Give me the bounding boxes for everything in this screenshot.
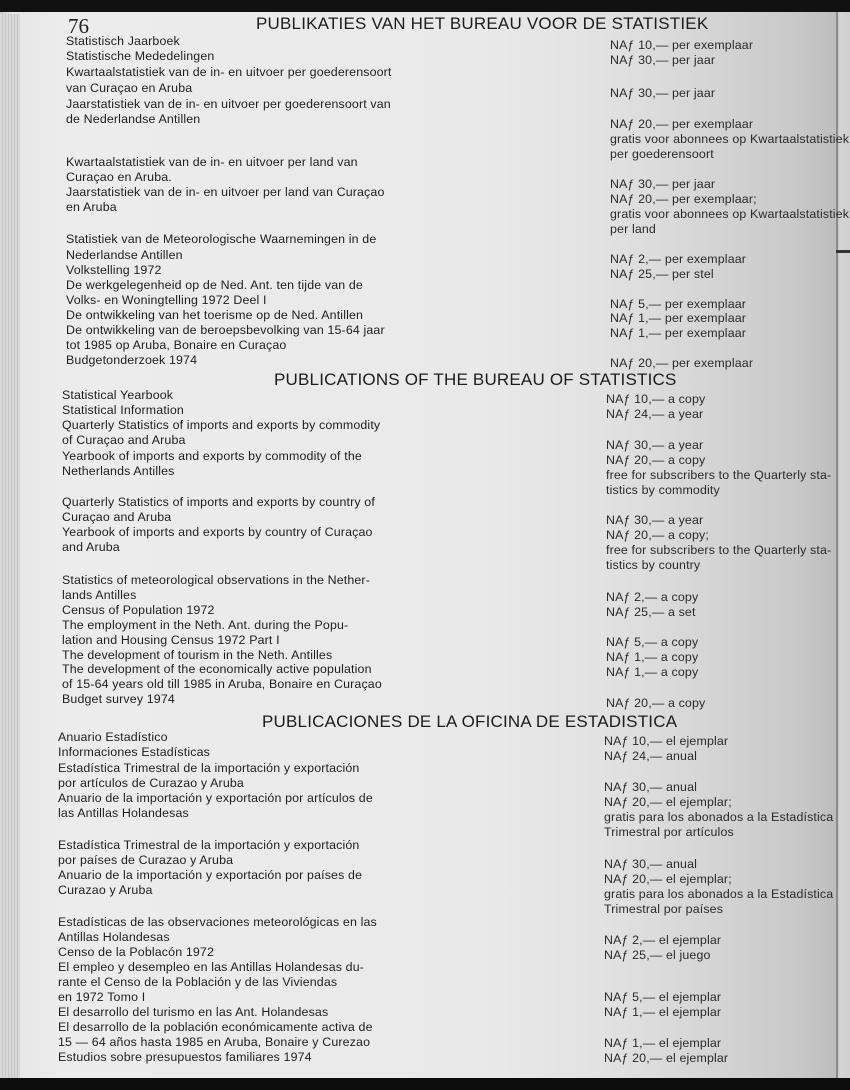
price-line: per land xyxy=(610,222,656,236)
price-line: NAƒ 20,— el ejemplar; xyxy=(604,872,732,886)
title-line: Volks- en Woningtelling 1972 Deel I xyxy=(66,293,267,307)
price-line: gratis voor abonnees op Kwartaalstatisti… xyxy=(610,132,849,146)
title-line: Curaçao en Aruba. xyxy=(66,170,172,184)
price-line: gratis para los abonados a la Estadístic… xyxy=(604,887,833,901)
title-line: Nederlandse Antillen xyxy=(66,248,183,262)
title-line: van Curaçao en Aruba xyxy=(66,81,192,95)
price-line: NAƒ 30,— a year xyxy=(606,438,703,452)
title-line: Anuario de la importación y exportación … xyxy=(58,868,362,882)
title-line: El desarrollo del turismo en las Ant. Ho… xyxy=(58,1005,328,1019)
price-line: NAƒ 2,— per exemplaar xyxy=(610,252,746,266)
price-line: NAƒ 30,— per jaar xyxy=(610,53,715,67)
title-line: Yearbook of imports and exports by count… xyxy=(62,525,373,539)
title-line: Estadística Trimestral de la importación… xyxy=(58,838,359,852)
price-line: NAƒ 25,— per stel xyxy=(610,267,714,281)
title-line: De ontwikkeling van de beroepsbevolking … xyxy=(66,323,385,337)
price-line: NAƒ 30,— anual xyxy=(604,857,697,871)
title-line: Statistisch Jaarboek xyxy=(66,34,180,48)
title-line: Jaarstatistiek van de in- en uitvoer per… xyxy=(66,97,391,111)
price-line: free for subscribers to the Quarterly st… xyxy=(606,543,831,557)
price-line: NAƒ 1,— el ejemplar xyxy=(604,1005,721,1019)
price-line: NAƒ 2,— el ejemplar xyxy=(604,933,721,947)
title-line: The employment in the Neth. Ant. during … xyxy=(62,618,348,632)
price-line: NAƒ 25,— a set xyxy=(606,605,696,619)
title-line: en 1972 Tomo I xyxy=(58,990,145,1004)
title-line: lands Antilles xyxy=(62,588,136,602)
title-line: 15 — 64 años hasta 1985 en Aruba, Bonair… xyxy=(58,1035,370,1049)
title-line: Estadística Trimestral de la importación… xyxy=(58,761,359,775)
title-line: Quarterly Statistics of imports and expo… xyxy=(62,495,375,509)
price-line: NAƒ 10,— el ejemplar xyxy=(604,734,728,748)
heading-spanish: PUBLICACIONES DE LA OFICINA DE ESTADISTI… xyxy=(262,712,677,732)
price-line: NAƒ 30,— a year xyxy=(606,513,703,527)
title-line: El empleo y desempleo en las Antillas Ho… xyxy=(58,960,364,974)
price-line: NAƒ 1,— el ejemplar xyxy=(604,1036,721,1050)
title-line: Anuario Estadístico xyxy=(58,730,168,744)
price-line: NAƒ 25,— el juego xyxy=(604,948,711,962)
price-line: NAƒ 20,— per exemplaar xyxy=(610,117,753,131)
title-line: Statistische Mededelingen xyxy=(66,49,214,63)
title-line: El desarrollo de la población económicam… xyxy=(58,1020,373,1034)
price-line: NAƒ 20,— el ejemplar; xyxy=(604,795,732,809)
title-line: en Aruba xyxy=(66,200,117,214)
price-line: NAƒ 20,— per exemplaar; xyxy=(610,192,757,206)
price-line: NAƒ 1,— a copy xyxy=(606,650,698,664)
title-line: por países de Curazao y Aruba xyxy=(58,853,233,867)
title-line: Yearbook of imports and exports by commo… xyxy=(62,449,362,463)
title-line: Statistiek van de Meteorologische Waarne… xyxy=(66,232,376,246)
title-line: The development of tourism in the Neth. … xyxy=(62,648,332,662)
title-line: rante el Censo de la Población y de las … xyxy=(58,975,337,989)
title-line: Kwartaalstatistiek van de in- en uitvoer… xyxy=(66,65,392,79)
scan-border xyxy=(0,1078,850,1090)
price-line: NAƒ 24,— a year xyxy=(606,407,703,421)
price-line: Trimestral por países xyxy=(604,902,723,916)
price-line: NAƒ 20,— a copy xyxy=(606,696,705,710)
title-line: de Nederlandse Antillen xyxy=(66,112,200,126)
price-line: NAƒ 20,— el ejemplar xyxy=(604,1051,728,1065)
price-line: NAƒ 1,— per exemplaar xyxy=(610,326,746,340)
book-gutter xyxy=(836,12,838,1080)
price-line: NAƒ 2,— a copy xyxy=(606,590,698,604)
title-line: Estadísticas de las observaciones meteor… xyxy=(58,915,377,929)
title-line: Curaçao and Aruba xyxy=(62,510,171,524)
title-line: The development of the economically acti… xyxy=(62,662,372,676)
title-line: lation and Housing Census 1972 Part I xyxy=(62,633,280,647)
price-line: NAƒ 10,— a copy xyxy=(606,392,705,406)
title-line: tot 1985 op Aruba, Bonaire en Curaçao xyxy=(66,338,286,352)
title-line: of 15-64 years old till 1985 in Aruba, B… xyxy=(62,677,382,691)
title-line: Curazao y Aruba xyxy=(58,883,153,897)
price-line: NAƒ 30,— anual xyxy=(604,780,697,794)
heading-english: PUBLICATIONS OF THE BUREAU OF STATISTICS xyxy=(274,370,677,390)
title-line: las Antillas Holandesas xyxy=(58,806,189,820)
price-line: NAƒ 20,— a copy; xyxy=(606,528,709,542)
title-line: and Aruba xyxy=(62,540,120,554)
title-line: Censo de la Poblacón 1972 xyxy=(58,945,214,959)
price-line: NAƒ 20,— a copy xyxy=(606,453,705,467)
title-line: Anuario de la importación y exportación … xyxy=(58,791,373,805)
price-line: NAƒ 1,— per exemplaar xyxy=(610,311,746,325)
price-line: free for subscribers to the Quarterly st… xyxy=(606,468,831,482)
price-line: Trimestral por artículos xyxy=(604,825,734,839)
heading-dutch: PUBLIKATIES VAN HET BUREAU VOOR DE STATI… xyxy=(256,14,708,34)
price-line: per goederensoort xyxy=(610,147,714,161)
price-line: NAƒ 30,— per jaar xyxy=(610,86,715,100)
price-line: tistics by country xyxy=(606,558,700,572)
price-line: NAƒ 24,— anual xyxy=(604,749,697,763)
title-line: Census of Population 1972 xyxy=(62,603,215,617)
title-line: Statistical Yearbook xyxy=(62,388,173,402)
title-line: De werkgelegenheid op de Ned. Ant. ten t… xyxy=(66,278,363,292)
price-line: NAƒ 1,— a copy xyxy=(606,665,698,679)
price-line: NAƒ 20,— per exemplaar xyxy=(610,356,753,370)
title-line: Statistical Information xyxy=(62,403,184,417)
title-line: Informaciones Estadísticas xyxy=(58,745,210,759)
price-line: NAƒ 5,— el ejemplar xyxy=(604,990,721,1004)
title-line: De ontwikkeling van het toerisme op de N… xyxy=(66,308,363,322)
title-line: Estudios sobre presupuestos familiares 1… xyxy=(58,1050,312,1064)
page-marker xyxy=(836,250,850,253)
title-line: Budget survey 1974 xyxy=(62,692,175,706)
price-line: gratis voor abonnees op Kwartaalstatisti… xyxy=(610,207,849,221)
title-line: Volkstelling 1972 xyxy=(66,263,162,277)
price-line: NAƒ 10,— per exemplaar xyxy=(610,38,753,52)
price-line: tistics by commodity xyxy=(606,483,720,497)
title-line: Netherlands Antilles xyxy=(62,464,175,478)
title-line: Quarterly Statistics of imports and expo… xyxy=(62,418,380,432)
title-line: Kwartaalstatistiek van de in- en uitvoer… xyxy=(66,155,358,169)
page-edge-stack xyxy=(0,14,20,1078)
title-line: Jaarstatistiek van de in- en uitvoer per… xyxy=(66,185,385,199)
title-line: Statistics of meteorological observation… xyxy=(62,573,370,587)
title-line: Budgetonderzoek 1974 xyxy=(66,353,197,367)
title-line: of Curaçao and Aruba xyxy=(62,433,186,447)
price-line: NAƒ 30,— per jaar xyxy=(610,177,715,191)
price-line: gratis para los abonados a la Estadístic… xyxy=(604,810,833,824)
price-line: NAƒ 5,— a copy xyxy=(606,635,698,649)
title-line: por artículos de Curazao y Aruba xyxy=(58,776,244,790)
title-line: Antillas Holandesas xyxy=(58,930,170,944)
price-line: NAƒ 5,— per exemplaar xyxy=(610,297,746,311)
